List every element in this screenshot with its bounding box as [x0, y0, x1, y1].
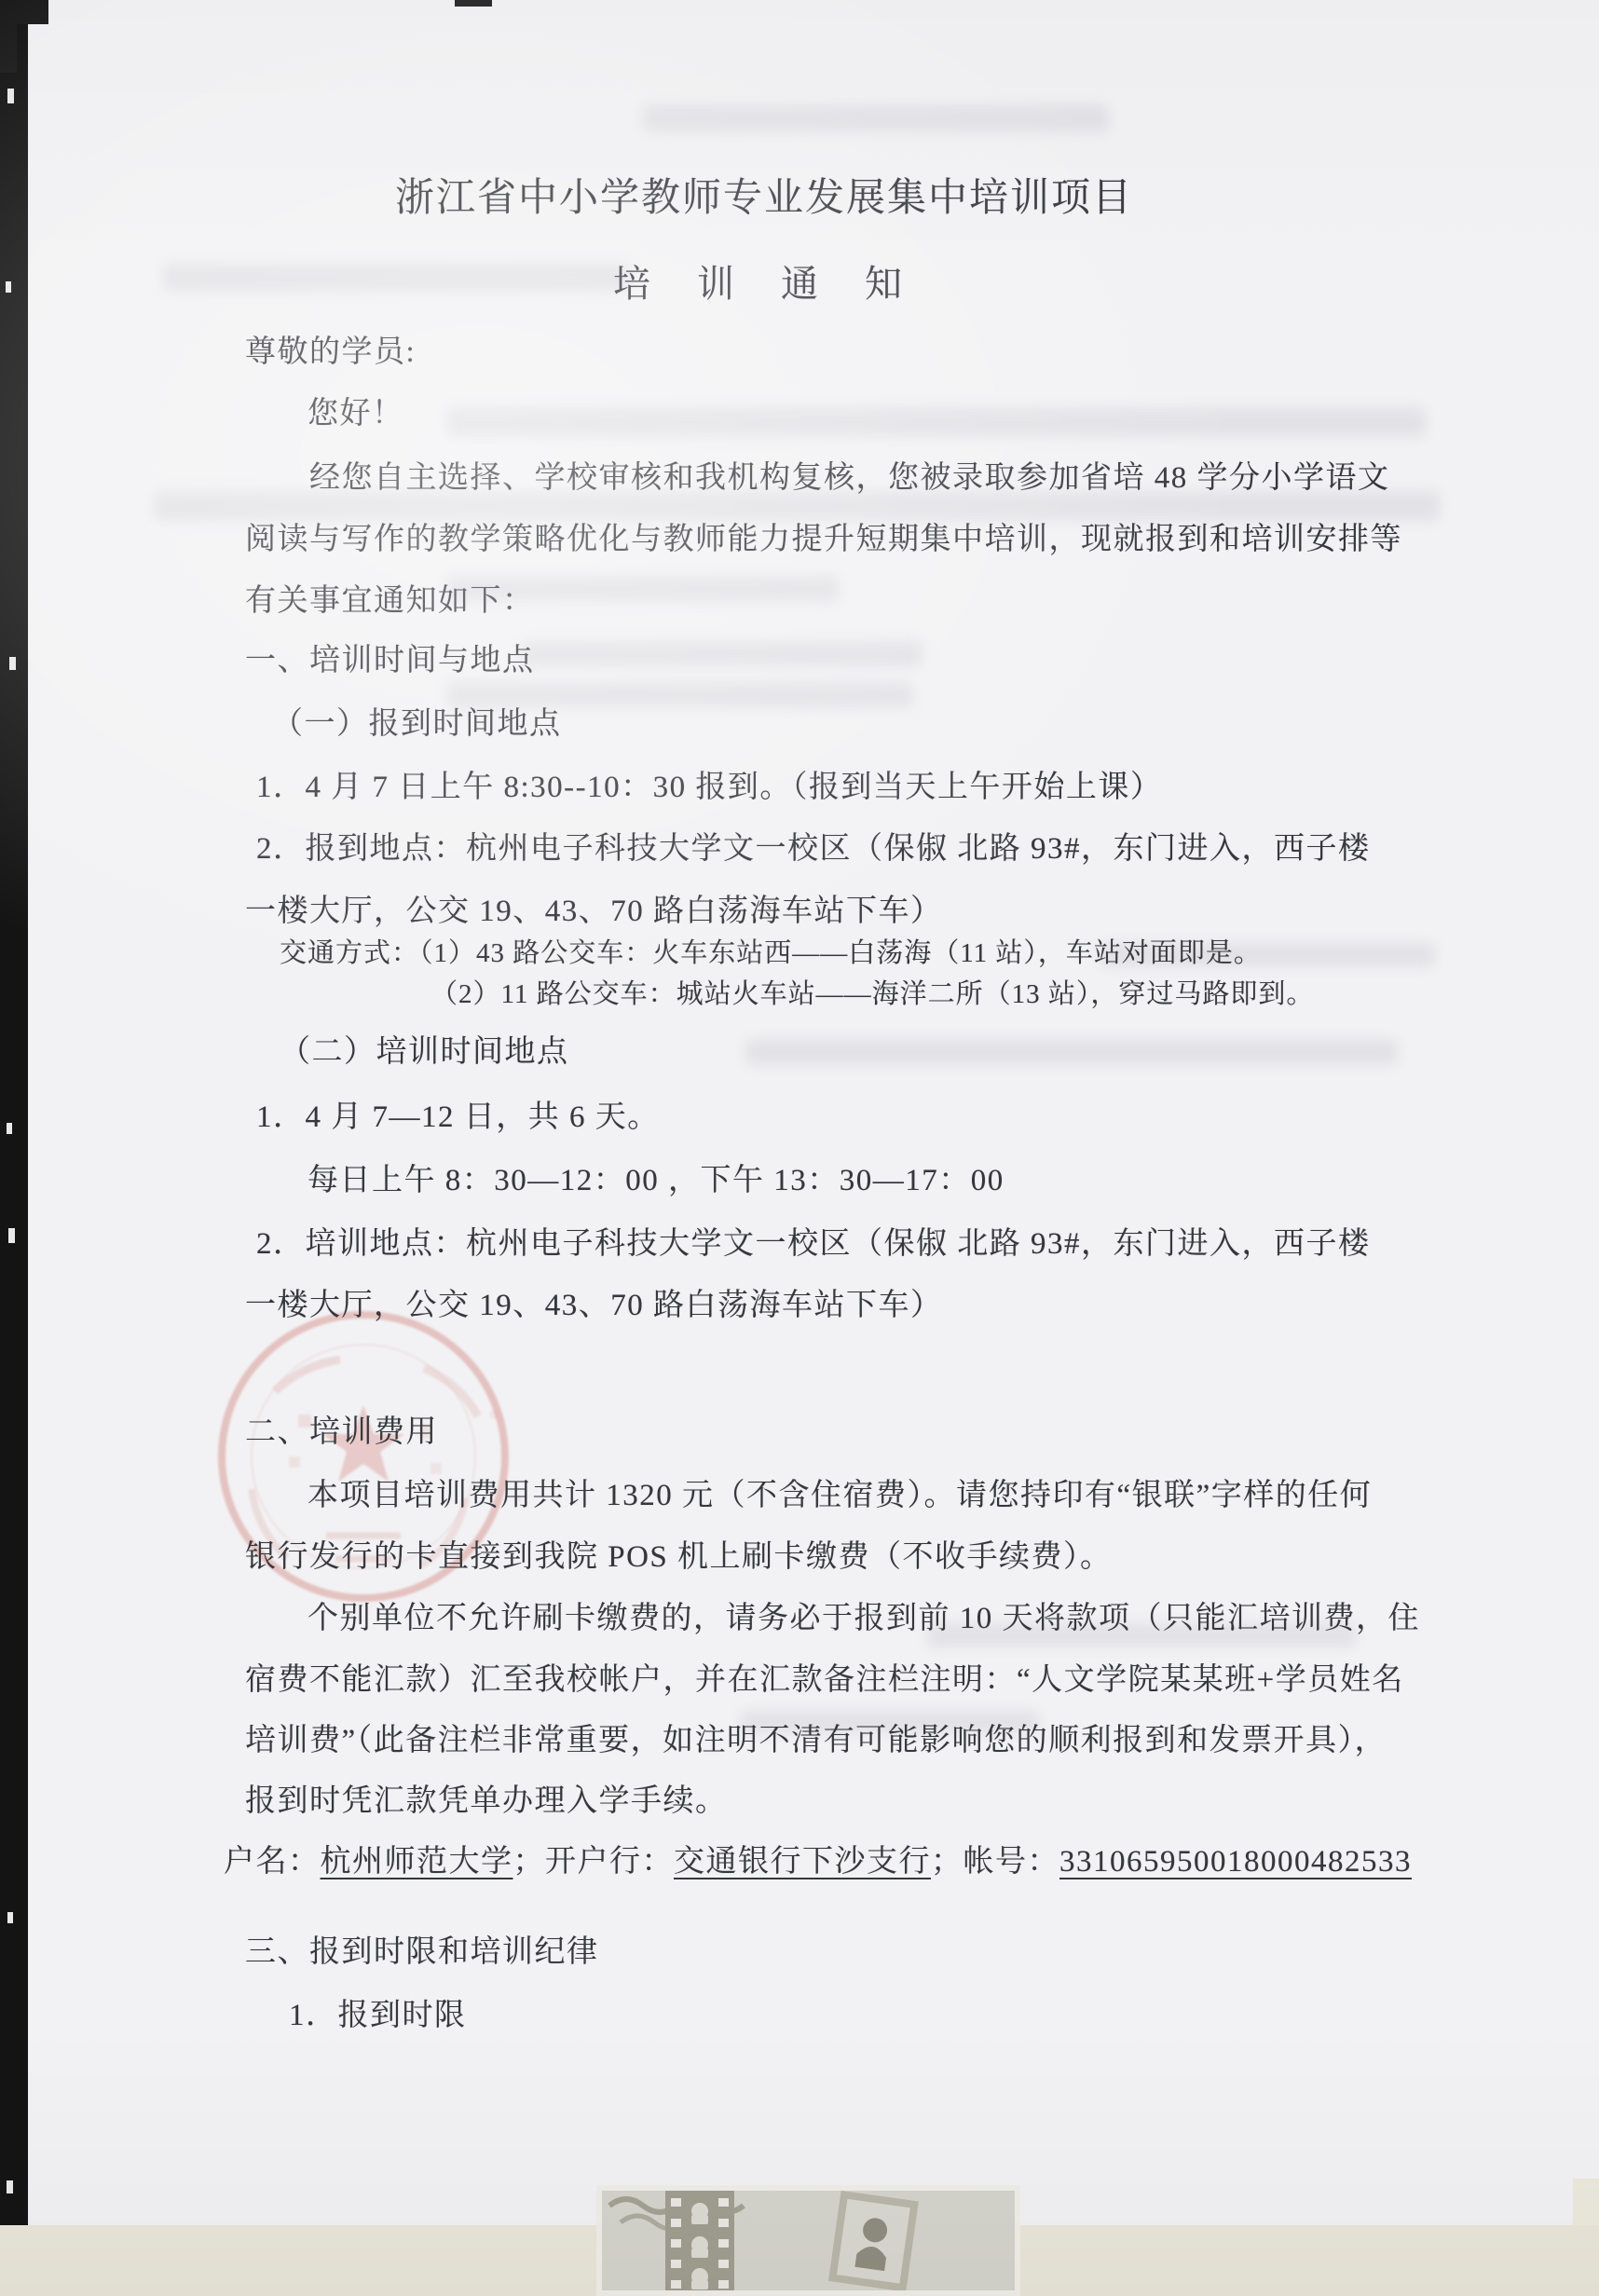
- train-place-line: 2．培训地点：杭州电子科技大学文一校区（保俶 北路 93#，东门进入，西子楼: [256, 1229, 1371, 1260]
- account-bank-value: 交通银行下沙支行: [674, 1845, 931, 1879]
- bleed-through-streak: [745, 1039, 1398, 1065]
- scanner-thumbnail-box: [596, 2185, 1020, 2296]
- doc-title: 浙江省中小学教师专业发展集中培训项目: [0, 179, 1528, 218]
- section3-heading: 三、报到时限和培训纪律: [245, 1937, 599, 1968]
- bleed-through-streak: [154, 491, 1440, 521]
- doc-subtitle: 培 训 通 知: [0, 266, 1528, 303]
- account-number-label: ；帐号：: [931, 1845, 1059, 1879]
- remit-line: 培训费”（此备注栏非常重要，如注明不清有可能影响您的顺利报到和发票开具），: [245, 1726, 1387, 1756]
- report-place-line: 2．报到地点：杭州电子科技大学文一校区（保俶 北路 93#，东门进入，西子楼: [256, 834, 1371, 865]
- report-place-line: 一楼大厅，公交 19、43、70 路白荡海车站下车）: [245, 896, 943, 927]
- film-strip-graphic: [602, 2191, 1015, 2290]
- account-bank-label: ；开户行：: [513, 1845, 675, 1879]
- transport-line: 交通方式：（1）43 路公交车：火车东站西——白荡海（11 站），车站对面即是。: [280, 940, 1262, 967]
- section1-sub1-heading: （一）报到时间地点: [272, 709, 562, 740]
- photo-frame-icon: [828, 2191, 919, 2290]
- salutation: 尊敬的学员:: [245, 337, 416, 368]
- train-daily-time-line: 每日上午 8：30—12：00 ，下午 13：30—17：00: [307, 1166, 1004, 1196]
- account-name-label: 户名：: [224, 1845, 321, 1879]
- account-number-value: 331065950018000482533: [1059, 1845, 1412, 1879]
- scan-speck: [8, 1228, 15, 1243]
- section1-sub2-heading: （二）培训时间地点: [280, 1037, 569, 1068]
- report-deadline-item: 1．报到时限: [289, 2001, 467, 2031]
- remit-line: 宿费不能汇款）汇至我校帐户，并在汇款备注栏注明：“人文学院某某班+学员姓名: [245, 1665, 1404, 1696]
- scan-speck: [7, 1912, 13, 1923]
- transport-line: （2）11 路公交车：城站火车站——海洋二所（13 站），穿过马路即到。: [430, 981, 1314, 1008]
- bleed-through-streak: [447, 682, 913, 708]
- intro-line: 阅读与写作的教学策略优化与教师能力提升短期集中培训，现就报到和培训安排等: [245, 525, 1402, 555]
- intro-line: 经您自主选择、学校审核和我机构复核，您被录取参加省培 48 学分小学语文: [309, 463, 1390, 494]
- bleed-through-streak: [447, 407, 1426, 437]
- scanner-edge-band: [0, 0, 28, 2227]
- fee-line: 银行发行的卡直接到我院 POS 机上刷卡缴费（不收手续费）。: [245, 1542, 1113, 1573]
- bleed-through-streak: [522, 641, 922, 667]
- train-place-line: 一楼大厅，公交 19、43、70 路白荡海车站下车）: [245, 1291, 943, 1321]
- greeting: 您好！: [307, 399, 404, 430]
- scan-corner-mark: [0, 17, 17, 73]
- scan-speck: [7, 1123, 12, 1134]
- section2-heading: 二、培训费用: [245, 1417, 438, 1448]
- account-name-value: 杭州师范大学: [321, 1845, 513, 1879]
- scan-top-mark: [455, 0, 492, 7]
- report-time-line: 1．4 月 7 日上午 8:30--10：30 报到。（报到当天上午开始上课）: [256, 772, 1162, 803]
- scan-speck: [6, 281, 11, 293]
- fee-line: 本项目培训费用共计 1320 元（不含住宿费）。请您持印有“银联”字样的任何: [307, 1481, 1372, 1511]
- scan-speck: [9, 657, 16, 670]
- intro-line: 有关事宜通知如下：: [245, 586, 535, 617]
- remit-line: 个别单位不允许刷卡缴费的，请务必于报到前 10 天将款项（只能汇培训费，住: [307, 1604, 1420, 1634]
- bank-account-line: 户名：杭州师范大学；开户行：交通银行下沙支行；帐号：33106595001800…: [224, 1847, 1412, 1878]
- remit-line: 报到时凭汇款凭单办理入学手续。: [245, 1786, 728, 1817]
- film-strip-icon: [665, 2191, 734, 2290]
- bleed-through-streak: [643, 104, 1109, 132]
- scanned-page: 浙江省中小学教师专业发展集中培训项目 培 训 通 知 尊敬的学员: 您好！ 经您…: [0, 0, 1599, 2296]
- section1-heading: 一、培训时间与地点: [245, 646, 535, 676]
- train-date-line: 1．4 月 7—12 日，共 6 天。: [256, 1102, 660, 1133]
- scan-speck: [7, 89, 14, 103]
- scan-speck: [7, 2180, 13, 2193]
